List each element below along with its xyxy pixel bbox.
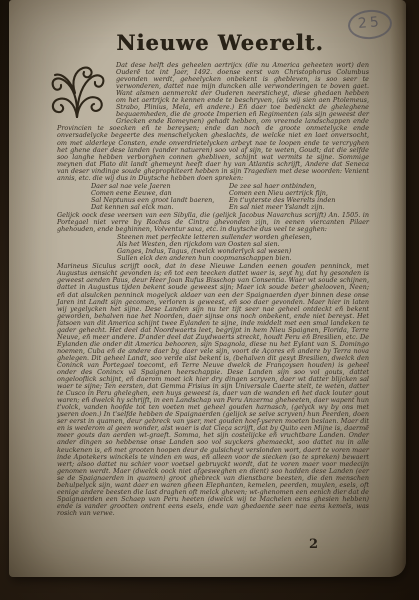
- sibylla-verse: Steenen met perfeckte letteren sullender…: [117, 234, 369, 262]
- page-number: 2: [309, 537, 318, 552]
- seneca-verse-left-column: Daer sal nae vele Jaeren Comen eene Eeuw…: [91, 183, 229, 211]
- verse-line: En sal niet meer Yslandt zijn.: [229, 204, 367, 211]
- verse-line: Sullen elck den anderen hun coopmanschap…: [117, 255, 369, 262]
- seneca-verse: Daer sal nae vele Jaeren Comen eene Eeuw…: [91, 183, 369, 211]
- seneca-verse-right-column: De zee sal haer ontbinden, Comen een Nie…: [229, 183, 367, 211]
- sibylla-paragraph: Gelijck oock dese veersen van een Sibyll…: [57, 212, 369, 233]
- main-paragraph: Marineus Siculus scrijft oock, dat in de…: [57, 263, 369, 517]
- opening-paragraph: Dat dese helft des geheelen aertrijcx (d…: [57, 62, 369, 182]
- page-title: Nieuwe Weerelt.: [71, 30, 369, 55]
- text-column: Nieuwe Weerelt. Dat dese helft des gehee…: [57, 30, 369, 517]
- book-page: Nieuwe Weerelt. Dat dese helft des gehee…: [9, 0, 406, 577]
- verse-line: Dat kennen sal elck man.: [91, 204, 229, 211]
- floral-ornament-icon: [45, 63, 109, 121]
